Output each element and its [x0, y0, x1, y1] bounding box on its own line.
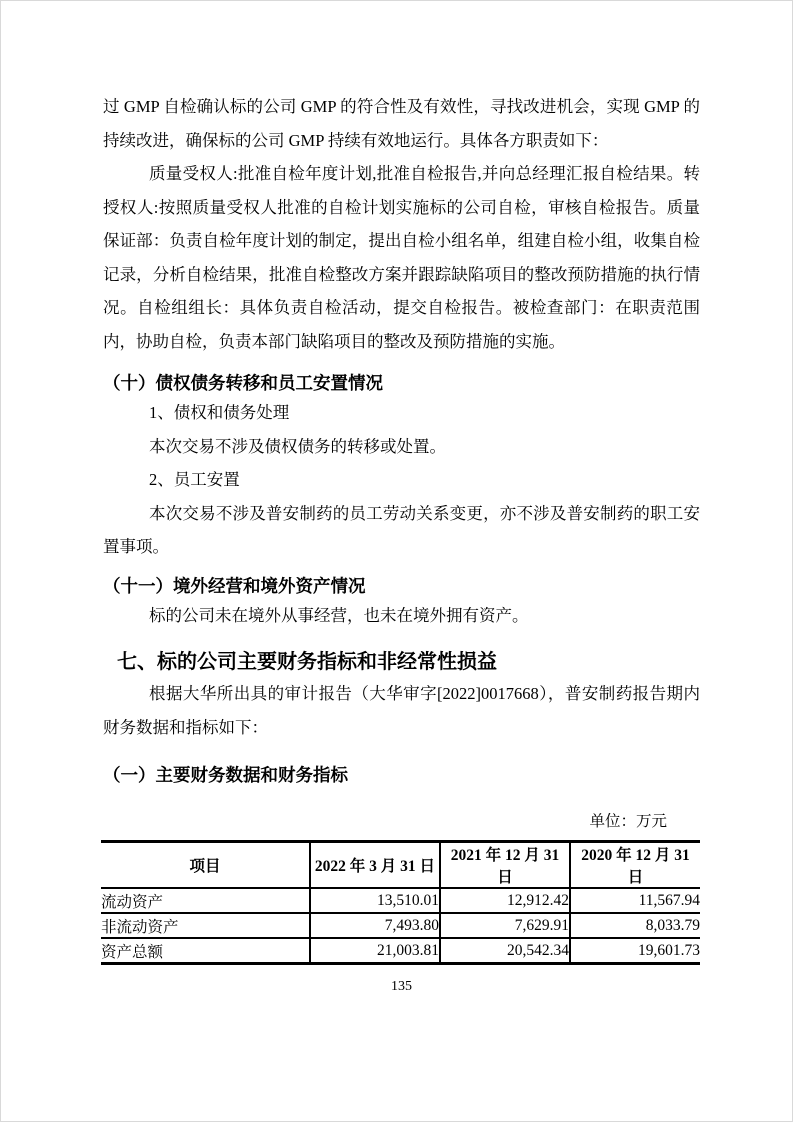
list-item-2-employee-placement: 2、员工安置 [103, 463, 700, 497]
financial-data-table: 项目2022 年 3 月 31 日2021 年 12 月 31 日2020 年 … [101, 840, 700, 965]
table-header-row: 项目2022 年 3 月 31 日2021 年 12 月 31 日2020 年 … [101, 842, 700, 889]
paragraph-self-inspection-duties: 质量受权人:批准自检年度计划,批准自检报告,并向总经理汇报自检结果。转授权人:按… [103, 157, 700, 358]
paragraph-audit-intro: 根据大华所出具的审计报告（大华审字[2022]0017668），普安制药报告期内… [103, 677, 700, 744]
row-value-cell: 13,510.01 [310, 888, 440, 913]
paragraph-gmp-continuation: 过 GMP 自检确认标的公司 GMP 的符合性及有效性，寻找改进机会，实现 GM… [103, 90, 700, 157]
table-header-cell: 2021 年 12 月 31 日 [440, 842, 570, 889]
row-value-cell: 7,493.80 [310, 913, 440, 938]
table-header-cell: 项目 [101, 842, 310, 889]
page-number: 135 [103, 979, 700, 995]
row-value-cell: 8,033.79 [570, 913, 700, 938]
row-value-cell: 11,567.94 [570, 888, 700, 913]
list-item-1-debt-handling: 1、债权和债务处理 [103, 396, 700, 430]
table-header-cell: 2020 年 12 月 31 日 [570, 842, 700, 889]
paragraph-overseas-statement: 标的公司未在境外从事经营，也未在境外拥有资产。 [103, 599, 700, 633]
row-value-cell: 20,542.34 [440, 938, 570, 964]
table-row: 流动资产13,510.0112,912.4211,567.94 [101, 888, 700, 913]
row-item-cell: 非流动资产 [101, 913, 310, 938]
row-item-cell: 资产总额 [101, 938, 310, 964]
heading-section-1-key-financial-data: （一）主要财务数据和财务指标 [103, 762, 700, 788]
table-row: 非流动资产7,493.807,629.918,033.79 [101, 913, 700, 938]
row-item-cell: 流动资产 [101, 888, 310, 913]
row-value-cell: 19,601.73 [570, 938, 700, 964]
document-page: 过 GMP 自检确认标的公司 GMP 的符合性及有效性，寻找改进机会，实现 GM… [0, 0, 793, 1122]
row-value-cell: 7,629.91 [440, 913, 570, 938]
row-value-cell: 12,912.42 [440, 888, 570, 913]
heading-section-10-debt-and-employee: （十）债权债务转移和员工安置情况 [103, 370, 700, 396]
table-header-cell: 2022 年 3 月 31 日 [310, 842, 440, 889]
table-unit-label: 单位：万元 [103, 812, 700, 832]
paragraph-debt-statement: 本次交易不涉及债权债务的转移或处置。 [103, 430, 700, 464]
heading-chapter-7-financial-indicators: 七、标的公司主要财务指标和非经常性损益 [103, 647, 700, 677]
paragraph-employee-statement: 本次交易不涉及普安制药的员工劳动关系变更，亦不涉及普安制药的职工安置事项。 [103, 497, 700, 564]
table-row: 资产总额21,003.8120,542.3419,601.73 [101, 938, 700, 964]
financial-table-body: 流动资产13,510.0112,912.4211,567.94非流动资产7,49… [101, 888, 700, 964]
heading-section-11-overseas: （十一）境外经营和境外资产情况 [103, 573, 700, 599]
row-value-cell: 21,003.81 [310, 938, 440, 964]
